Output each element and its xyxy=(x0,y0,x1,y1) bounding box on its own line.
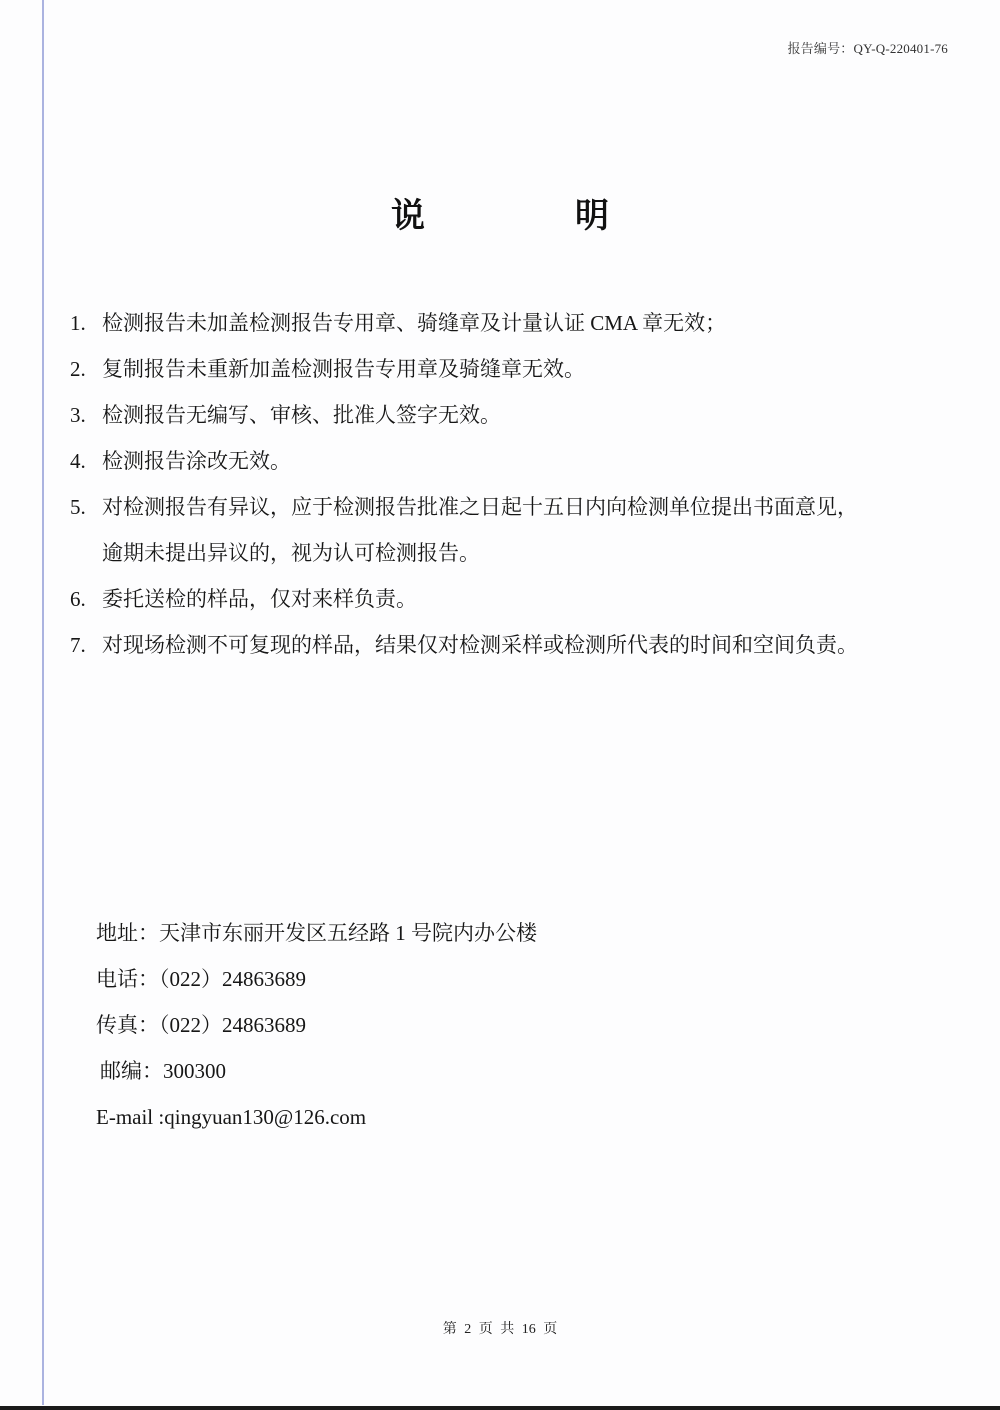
report-number-value: QY-Q-220401-76 xyxy=(853,41,948,56)
note-text-continuation: 逾期未提出异议的，视为认可检测报告。 xyxy=(70,530,970,576)
note-item-1: 1.检测报告未加盖检测报告专用章、骑缝章及计量认证 CMA 章无效； xyxy=(70,300,970,346)
contact-email: E-mail :qingyuan130@126.com xyxy=(96,1094,537,1140)
contact-address: 地址：天津市东丽开发区五经路 1 号院内办公楼 xyxy=(96,910,537,956)
note-number: 7. xyxy=(70,622,102,668)
fax-value: （022）24863689 xyxy=(159,1013,306,1037)
contact-phone: 电话：（022）24863689 xyxy=(96,956,537,1002)
page-number: 第 2 页 共 16 页 xyxy=(0,1318,1000,1338)
fax-label: 传真： xyxy=(96,1013,159,1037)
note-item-4: 4.检测报告涂改无效。 xyxy=(70,438,970,484)
note-item-2: 2.复制报告未重新加盖检测报告专用章及骑缝章无效。 xyxy=(70,346,970,392)
postcode-value: 300300 xyxy=(163,1059,226,1083)
notes-list: 1.检测报告未加盖检测报告专用章、骑缝章及计量认证 CMA 章无效； 2.复制报… xyxy=(70,300,970,668)
page-title: 说 明 xyxy=(0,188,1000,237)
note-text: 检测报告无编写、审核、批准人签字无效。 xyxy=(102,403,501,427)
phone-label: 电话： xyxy=(96,967,159,991)
address-label: 地址： xyxy=(96,921,159,945)
note-text: 对检测报告有异议，应于检测报告批准之日起十五日内向检测单位提出书面意见， xyxy=(102,495,858,519)
contact-postcode: 邮编：300300 xyxy=(96,1048,537,1094)
note-number: 6. xyxy=(70,576,102,622)
note-text: 对现场检测不可复现的样品，结果仅对检测采样或检测所代表的时间和空间负责。 xyxy=(102,633,858,657)
note-text: 检测报告未加盖检测报告专用章、骑缝章及计量认证 CMA 章无效； xyxy=(102,311,726,335)
note-item-7: 7.对现场检测不可复现的样品，结果仅对检测采样或检测所代表的时间和空间负责。 xyxy=(70,622,970,668)
note-text: 检测报告涂改无效。 xyxy=(102,449,291,473)
phone-value: （022）24863689 xyxy=(159,967,306,991)
note-text: 委托送检的样品，仅对来样负责。 xyxy=(102,587,417,611)
note-number: 4. xyxy=(70,438,102,484)
note-number: 1. xyxy=(70,300,102,346)
note-text: 复制报告未重新加盖检测报告专用章及骑缝章无效。 xyxy=(102,357,585,381)
contact-fax: 传真：（022）24863689 xyxy=(96,1002,537,1048)
title-char-1: 说 xyxy=(391,188,425,237)
report-number: 报告编号：QY-Q-220401-76 xyxy=(787,38,948,57)
note-number: 2. xyxy=(70,346,102,392)
note-item-5: 5.对检测报告有异议，应于检测报告批准之日起十五日内向检测单位提出书面意见， 逾… xyxy=(70,484,970,576)
note-item-6: 6.委托送检的样品，仅对来样负责。 xyxy=(70,576,970,622)
contact-info: 地址：天津市东丽开发区五经路 1 号院内办公楼 电话：（022）24863689… xyxy=(96,910,537,1140)
note-number: 3. xyxy=(70,392,102,438)
note-number: 5. xyxy=(70,484,102,530)
email-label: E-mail : xyxy=(96,1105,164,1129)
title-char-2: 明 xyxy=(575,188,609,237)
postcode-label: 邮编： xyxy=(100,1059,163,1083)
note-item-3: 3.检测报告无编写、审核、批准人签字无效。 xyxy=(70,392,970,438)
address-value: 天津市东丽开发区五经路 1 号院内办公楼 xyxy=(159,921,537,945)
report-number-label: 报告编号： xyxy=(787,41,853,56)
scan-bottom-edge xyxy=(0,1406,1000,1410)
email-value: qingyuan130@126.com xyxy=(164,1105,366,1129)
